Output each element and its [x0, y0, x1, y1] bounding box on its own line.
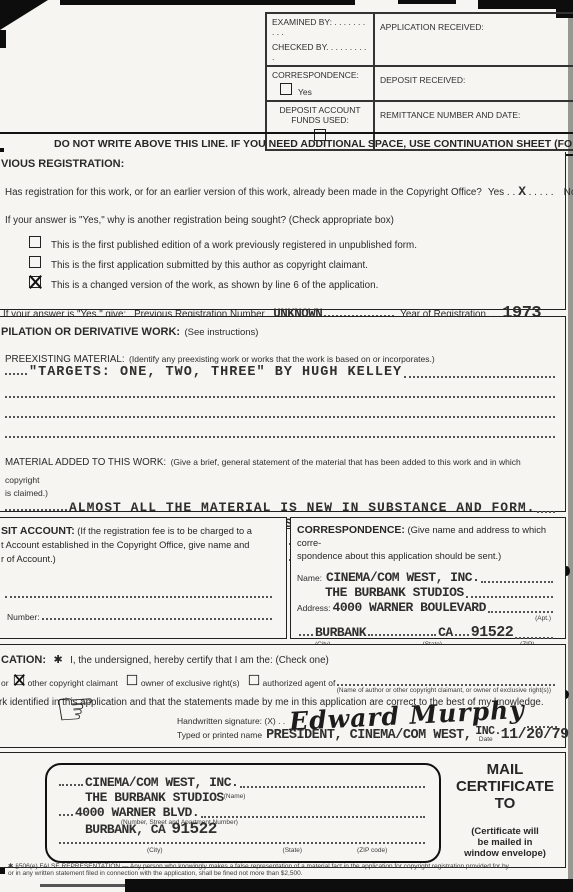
mail-title-line1: MAIL — [449, 761, 561, 778]
prev-reg-yes-answer: X — [518, 184, 525, 199]
scanned-copyright-form-page: EXAMINED BY: . . . . . . . . . . CHECKED… — [0, 0, 573, 892]
deposit-account-note2: t Account established in the Copyright O… — [1, 540, 249, 550]
deposit-funds-label-2: FUNDS USED: — [272, 115, 368, 125]
scan-artifact — [40, 884, 125, 887]
first-published-edition-checkbox — [29, 236, 41, 248]
deposit-account-note1: (If the registration fee is to be charge… — [77, 526, 252, 536]
footnote: ✱ §506(e) FALSE REPRESENTATION — Any per… — [8, 862, 568, 877]
first-application-checkbox — [29, 256, 41, 268]
first-application-label: This is the first application submitted … — [51, 260, 368, 271]
mail-note-line1: (Certificate will — [449, 826, 561, 837]
deposit-funds-label-1: DEPOSIT ACCOUNT — [272, 105, 368, 115]
deposit-account-note3: r of Account.) — [1, 554, 56, 564]
owner-exclusive-rights-label: owner of exclusive right(s) — [141, 678, 240, 688]
date-label: Date — [479, 736, 493, 743]
examined-by-label: EXAMINED BY: . . . . . . . . . . — [272, 17, 368, 37]
material-added-label: MATERIAL ADDED TO THIS WORK: — [5, 457, 166, 468]
application-received-cell: APPLICATION RECEIVED: — [374, 13, 573, 66]
office-use-table: EXAMINED BY: . . . . . . . . . . CHECKED… — [265, 12, 573, 151]
footnote-line1: ✱ §506(e) FALSE REPRESENTATION — Any per… — [8, 862, 568, 870]
correspondence-yes-checkbox — [280, 83, 292, 95]
mail-title-line3: TO — [449, 795, 561, 812]
previous-registration-heading: VIOUS REGISTRATION: — [0, 152, 565, 170]
first-published-edition-label: This is the first published edition of a… — [51, 240, 417, 251]
prev-reg-question: Has registration for this work, or for a… — [5, 187, 482, 198]
certification-pre: or — [1, 678, 9, 688]
typed-name-label: Typed or printed name — [177, 730, 262, 740]
correspondence-address-value: 4000 WARNER BOULEVARD — [333, 600, 486, 615]
mail-certificate-title: MAIL CERTIFICATE TO (Certificate will be… — [449, 761, 561, 859]
scan-artifact — [398, 0, 456, 4]
certification-star: ✱ — [53, 654, 62, 666]
certificate-street-value: 4000 WARNER BLVD. — [75, 805, 199, 820]
footnote-line2: or in any written statement filed in con… — [8, 870, 568, 877]
correspondence-section: CORRESPONDENCE: (Give name and address t… — [290, 517, 566, 639]
prev-reg-yes-dots: . . . . . — [529, 187, 554, 198]
deposit-received-label: DEPOSIT RECEIVED: — [380, 75, 465, 85]
do-not-write-banner-text: DO NOT WRITE ABOVE THIS LINE. IF YOU NEE… — [0, 138, 573, 150]
correspondence-city-value: BURBANK — [315, 625, 366, 640]
correspondence-apt-label: (Apt.) — [291, 615, 565, 622]
compilation-heading-note: (See instructions) — [185, 327, 259, 338]
owner-exclusive-rights-checkbox — [127, 675, 137, 685]
certificate-address-box: CINEMA/COM WEST, INC. THE BURBANK STUDIO… — [45, 763, 441, 863]
certification-heading: CATION: — [1, 654, 46, 666]
correspondence-name-value: CINEMA/COM WEST, INC. — [326, 570, 479, 585]
correspondence-zip-value: 91522 — [471, 624, 514, 641]
certificate-name-label: (Name) — [224, 793, 246, 800]
scan-artifact — [125, 879, 573, 892]
authorized-agent-checkbox — [248, 675, 258, 685]
deposit-received-cell: DEPOSIT RECEIVED: — [374, 66, 573, 101]
changed-version-label: This is a changed version of the work, a… — [51, 280, 378, 291]
correspondence-cell: CORRESPONDENCE: Yes — [266, 66, 374, 101]
scan-artifact — [60, 0, 355, 5]
authorized-agent-label: authorized agent of — [263, 678, 336, 688]
material-added-line1: ALMOST ALL THE MATERIAL IS NEW IN SUBSTA… — [69, 500, 535, 515]
checked-by-label: CHECKED BY. . . . . . . . . . — [272, 42, 368, 62]
deposit-account-heading: SIT ACCOUNT: — [1, 525, 75, 537]
certificate-street-label: (Number, Street and Apartment Number) — [121, 819, 238, 826]
changed-version-checkbox — [29, 276, 41, 288]
mail-note-line3: window envelope) — [449, 848, 561, 859]
examined-checked-cell: EXAMINED BY: . . . . . . . . . . CHECKED… — [266, 13, 374, 66]
application-received-label: APPLICATION RECEIVED: — [380, 22, 484, 32]
certificate-city-label: (City) — [147, 847, 163, 854]
preexisting-material-value: "TARGETS: ONE, TWO, THREE" BY HUGH KELLE… — [29, 365, 402, 380]
mail-certificate-section: CINEMA/COM WEST, INC. THE BURBANK STUDIO… — [0, 752, 566, 868]
certificate-zip-code-label: (ZIP code) — [357, 847, 387, 854]
mail-note-line2: be mailed in — [449, 837, 561, 848]
certificate-state-label: (State) — [283, 847, 303, 854]
deposit-account-number-label: Number: — [7, 612, 40, 622]
certificate-name-value: CINEMA/COM WEST, INC. — [85, 775, 238, 790]
material-added-note2: is claimed.) — [5, 488, 555, 498]
compilation-section: PILATION OR DERIVATIVE WORK: (See instru… — [0, 316, 566, 512]
correspondence-state-value: CA — [438, 625, 453, 640]
mail-title-line2: CERTIFICATE — [449, 778, 561, 795]
other-copyright-claimant-checkbox — [13, 675, 23, 685]
scan-artifact — [0, 30, 6, 48]
correspondence-yes-label: Yes — [298, 87, 312, 97]
correspondence-heading: CORRESPONDENCE: — [297, 524, 405, 536]
certificate-name-value2: THE BURBANK STUDIOS — [85, 790, 224, 805]
correspondence-address-label: Address: — [297, 603, 331, 613]
prev-reg-yes-label: Yes . . — [488, 187, 515, 198]
prev-reg-why-line: If your answer is "Yes," why is another … — [0, 199, 565, 226]
certification-section: CATION: ✱ I, the undersigned, hereby cer… — [0, 644, 566, 748]
correspondence-note2: spondence about this application should … — [297, 551, 501, 561]
typed-name-value: PRESIDENT, CINEMA/COM WEST, — [266, 728, 471, 743]
pointing-hand-icon: ☞ — [53, 684, 97, 733]
correspondence-name-label: Name: — [297, 573, 322, 583]
preexisting-material-label: PREEXISTING MATERIAL: — [5, 354, 125, 365]
correspondence-label: CORRESPONDENCE: — [272, 70, 368, 80]
correspondence-name-value2: THE BURBANK STUDIOS — [325, 585, 464, 600]
date-value: 11/20/79 — [501, 726, 569, 743]
handwritten-signature-label: Handwritten signature: (X) . . — [177, 716, 285, 726]
prev-reg-no-label: No . . . . . . . . . — [564, 187, 573, 198]
remittance-label: REMITTANCE NUMBER AND DATE: — [380, 110, 520, 120]
certification-intro: I, the undersigned, hereby certify that … — [70, 655, 329, 666]
deposit-account-section: SIT ACCOUNT: (If the registration fee is… — [0, 517, 287, 639]
previous-registration-section: VIOUS REGISTRATION: Has registration for… — [0, 152, 566, 310]
compilation-heading: PILATION OR DERIVATIVE WORK: — [1, 326, 180, 338]
scan-artifact — [0, 0, 48, 30]
preexisting-material-note: (Identify any preexisting work or works … — [129, 354, 435, 364]
